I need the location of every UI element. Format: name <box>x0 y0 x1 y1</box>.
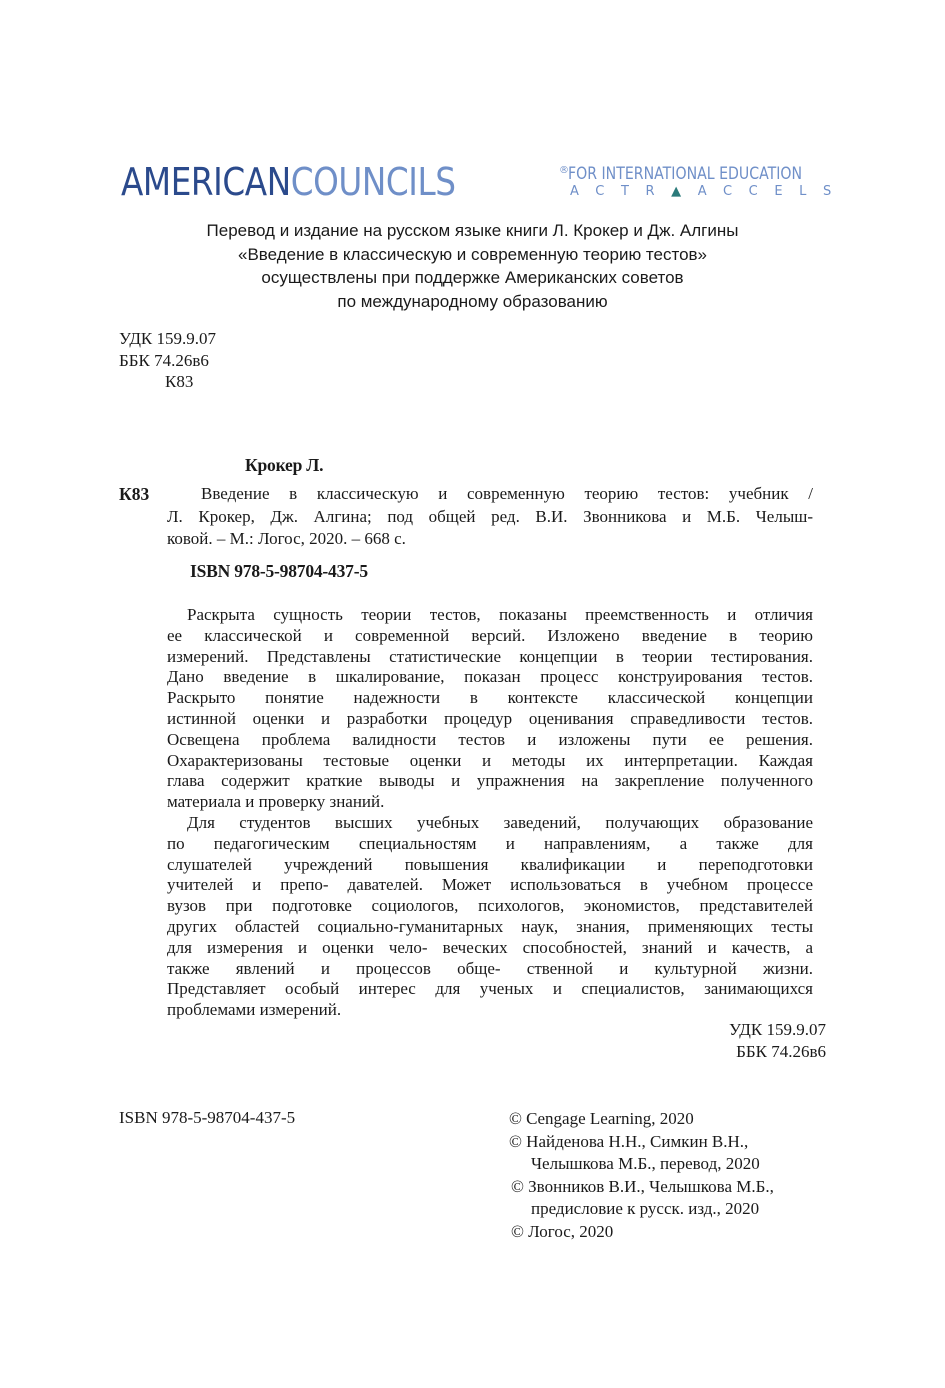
abstract-line: измерений. Представлены статистические к… <box>167 647 813 668</box>
isbn-footer: ISBN 978-5-98704-437-5 <box>119 1108 295 1128</box>
logo-wordmark: AMERICANCOUNCILS <box>121 160 456 204</box>
abstract-line: глава содержит краткие выводы и упражнен… <box>167 771 813 792</box>
logo-sub-brands: ACTR▲ACCELS <box>570 185 848 199</box>
copyright-entry: © Найденова Н.Н., Симкин В.Н., <box>509 1131 774 1154</box>
sponsor-line: Перевод и издание на русском языке книги… <box>120 219 825 243</box>
logo-word-councils: COUNCILS <box>291 160 456 204</box>
abstract-line: Представляет особый интерес для ученых и… <box>167 979 813 1000</box>
sponsor-line: по международному образованию <box>120 290 825 314</box>
logo-word-american: AMERICAN <box>121 160 291 204</box>
abstract-line: слушателей учреждений повышения квалифик… <box>167 855 813 876</box>
abstract-line: Раскрыто понятие надежности в контексте … <box>167 688 813 709</box>
copyright-entry: © Логос, 2020 <box>509 1221 774 1244</box>
abstract-line: учителей и препо- давателей. Может испол… <box>167 875 813 896</box>
bbk-code: ББК 74.26в6 <box>680 1041 826 1063</box>
classification-codes-top: УДК 159.9.07 ББК 74.26в6 К83 <box>119 328 216 393</box>
sponsor-line: «Введение в классическую и современную т… <box>120 243 825 267</box>
biblio-line: Л. Крокер, Дж. Алгина; под общей ред. В.… <box>167 506 813 529</box>
abstract-line: Охарактеризованы тестовые оценки и метод… <box>167 751 813 772</box>
abstract-line: Для студентов высших учебных заведений, … <box>167 813 813 834</box>
abstract-line: по педагогическим специальностям и напра… <box>167 834 813 855</box>
abstract-line: вузов при подготовке социологов, психоло… <box>167 896 813 917</box>
logo-tagline: FOR INTERNATIONAL EDUCATION <box>568 165 802 183</box>
copyright-notices: © Cengage Learning, 2020 © Найденова Н.Н… <box>509 1108 774 1243</box>
abstract-line: Раскрыта сущность теории тестов, показан… <box>167 605 813 626</box>
copyright-entry: © Cengage Learning, 2020 <box>509 1108 774 1131</box>
abstract-line: Дано введение в шкалирование, показан пр… <box>167 667 813 688</box>
copyright-entry-continuation: Челышкова М.Б., перевод, 2020 <box>509 1153 774 1176</box>
classification-codes-bottom: УДК 159.9.07 ББК 74.26в6 <box>680 1019 826 1062</box>
bibliographic-description: Введение в классическую и современную те… <box>167 483 813 551</box>
bbk-code: ББК 74.26в6 <box>119 350 216 372</box>
logo-actr: ACTR <box>570 184 671 199</box>
biblio-line: ковой. – М.: Логос, 2020. – 668 с. <box>167 528 813 551</box>
sponsor-line: осуществлены при поддержке Американских … <box>120 266 825 290</box>
udk-code: УДК 159.9.07 <box>680 1019 826 1041</box>
logo-accels: ACCELS <box>698 184 848 199</box>
author-heading: Крокер Л. <box>245 455 323 476</box>
copyright-entry: © Звонников В.И., Челышкова М.Б., <box>509 1176 774 1199</box>
abstract-line: проблемами измерений. <box>167 1000 813 1021</box>
udk-code: УДК 159.9.07 <box>119 328 216 350</box>
abstract: Раскрыта сущность теории тестов, показан… <box>167 605 813 1021</box>
sponsorship-note: Перевод и издание на русском языке книги… <box>120 219 825 313</box>
abstract-line: истинной оценки и разработки процедур оц… <box>167 709 813 730</box>
copyright-entry-continuation: предисловие к русск. изд., 2020 <box>509 1198 774 1221</box>
author-mark: К83 <box>119 371 216 393</box>
abstract-line: для измерения и оценки чело- веческих сп… <box>167 938 813 959</box>
american-councils-logo: AMERICANCOUNCILS ® FOR INTERNATIONAL EDU… <box>121 158 831 206</box>
biblio-author-mark: К83 <box>119 484 149 505</box>
abstract-line: материала и проверку знаний. <box>167 792 813 813</box>
abstract-line: ее классической и современной версий. Из… <box>167 626 813 647</box>
isbn-heading: ISBN 978-5-98704-437-5 <box>190 561 368 582</box>
abstract-line: также явлений и процессов обще- ственной… <box>167 959 813 980</box>
abstract-line: Освещена проблема валидности тестов и из… <box>167 730 813 751</box>
abstract-line: других областей социально-гуманитарных н… <box>167 917 813 938</box>
triangle-icon: ▲ <box>671 184 698 199</box>
biblio-line: Введение в классическую и современную те… <box>167 483 813 506</box>
